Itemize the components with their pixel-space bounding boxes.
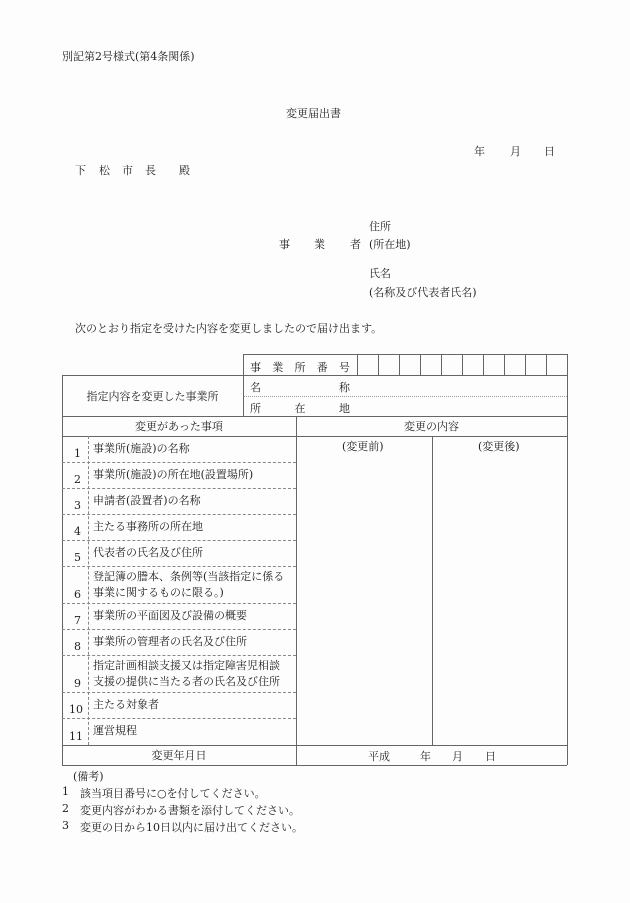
date-year: 年 xyxy=(474,143,485,159)
form-id: 別記第2号様式(第4条関係) xyxy=(62,48,195,64)
item-text: 事業所(施設)の所在地(設置場所) xyxy=(93,467,253,483)
month: 月 xyxy=(452,748,463,764)
content-header: 変更の内容 xyxy=(296,416,567,436)
office-number-label: 事 業 所 番 号 xyxy=(250,359,350,375)
change-date-field[interactable]: 平成 年 月 日 xyxy=(296,745,567,765)
era: 平成 xyxy=(368,748,390,764)
changed-office-label: 指定内容を変更した事業所 xyxy=(62,375,243,416)
item-number[interactable]: 1 xyxy=(74,447,81,460)
item-number[interactable]: 9 xyxy=(74,677,81,690)
intro-text: 次のとおり指定を受けた内容を変更しましたので届け出ます。 xyxy=(75,320,382,336)
item-text: 事業所の管理者の氏名及び住所 xyxy=(93,634,247,650)
note-number: 3 xyxy=(62,819,69,832)
role-char: 事 xyxy=(279,236,290,252)
addressee-char: 長 xyxy=(145,162,156,178)
item-number[interactable]: 3 xyxy=(74,499,81,512)
item-text: 申請者(設置者)の名称 xyxy=(93,493,201,509)
item-text: 支援の提供に当たる者の氏名及び住所 xyxy=(93,674,280,690)
item-number[interactable]: 2 xyxy=(74,473,81,486)
note-number: 2 xyxy=(62,802,69,815)
item-text: 運営規程 xyxy=(93,723,137,739)
item-number[interactable]: 8 xyxy=(74,640,81,653)
item-number[interactable]: 7 xyxy=(74,614,81,627)
office-address-label: 所 在 地 xyxy=(250,400,350,416)
form-title: 変更届出書 xyxy=(286,105,341,121)
item-text: 事業所の平面図及び設備の概要 xyxy=(93,608,247,624)
date-day: 日 xyxy=(544,143,555,159)
role-char: 者 xyxy=(350,236,361,252)
item-text: 主たる対象者 xyxy=(93,697,159,713)
office-name-label: 名 称 xyxy=(250,379,350,395)
office-number-boxes[interactable] xyxy=(357,354,567,375)
item-number[interactable]: 10 xyxy=(69,703,83,716)
item-text: 事業に関するものに限る。) xyxy=(93,585,224,601)
date-month: 月 xyxy=(510,143,521,159)
name-sub: (名称及び代表者氏名) xyxy=(369,284,477,300)
after-field[interactable] xyxy=(432,454,567,745)
address-label: 住所 xyxy=(369,218,391,234)
before-label: (変更前) xyxy=(342,438,384,454)
note-text: 変更内容がわかる書類を添付してください。 xyxy=(80,802,300,818)
item-number[interactable]: 6 xyxy=(74,588,81,601)
note-text: 該当項目番号に○を付してください。 xyxy=(80,785,266,801)
item-text: 登記簿の謄本、条例等(当該指定に係る xyxy=(93,569,284,585)
addressee-suffix: 殿 xyxy=(179,162,190,178)
item-text: 指定計画相談支援又は指定障害児相談 xyxy=(93,658,280,674)
item-number[interactable]: 4 xyxy=(74,525,81,538)
role-char: 業 xyxy=(314,236,325,252)
items-header: 変更があった事項 xyxy=(62,416,296,436)
addressee-char: 市 xyxy=(122,162,133,178)
item-text: 主たる事務所の所在地 xyxy=(93,519,203,535)
notes-heading: (備考) xyxy=(73,768,104,784)
item-text: 代表者の氏名及び住所 xyxy=(93,545,203,561)
addressee-char: 松 xyxy=(99,162,110,178)
after-label: (変更後) xyxy=(478,438,520,454)
name-label: 氏名 xyxy=(369,265,391,281)
item-text: 事業所(施設)の名称 xyxy=(93,441,190,457)
day: 日 xyxy=(485,748,496,764)
address-sub: (所在地) xyxy=(369,236,411,252)
item-number[interactable]: 11 xyxy=(69,730,83,743)
item-number[interactable]: 5 xyxy=(74,551,81,564)
year: 年 xyxy=(420,748,431,764)
office-name-field[interactable] xyxy=(357,375,567,396)
office-address-field[interactable] xyxy=(357,396,567,416)
change-date-label: 変更年月日 xyxy=(62,745,296,765)
note-number: 1 xyxy=(62,785,69,798)
note-text: 変更の日から10日以内に届け出てください。 xyxy=(80,819,303,835)
before-field[interactable] xyxy=(296,454,432,745)
addressee-char: 下 xyxy=(75,162,86,178)
